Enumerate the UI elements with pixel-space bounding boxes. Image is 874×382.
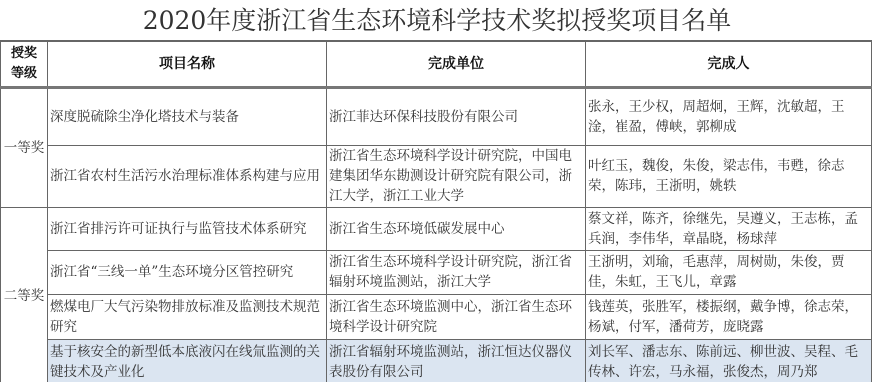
completing-unit: 浙江省生态环境低碳发展中心: [327, 207, 586, 250]
header-award-level: 授奖 等级: [1, 41, 48, 87]
page-title: 2020年度浙江省生态环境科学技术奖拟授奖项目名单: [0, 6, 874, 36]
header-completers: 完成人: [586, 41, 872, 87]
completers: 张永，王少权，周超炯，王辉，沈敏超，王淦，崔盈，傅峡，郭柳成: [586, 87, 872, 145]
table-row: 浙江省农村生活污水治理标准体系构建与应用 浙江省生态环境科学设计研究院，中国电建…: [1, 145, 872, 207]
project-name: 浙江省农村生活污水治理标准体系构建与应用: [48, 145, 327, 207]
completers: 刘长军、潘志东、陈前远、柳世波、吴程、毛传林、许宏，马永福，张俊杰，周乃郑: [586, 339, 872, 382]
table-row: 浙江省“三线一单”生态环境分区管控研究 浙江省生态环境科学设计研究院，浙江省辐射…: [1, 250, 872, 294]
award-level-second: 二等奖: [1, 207, 48, 382]
table-row-highlighted: 基于核安全的新型低本底液闪在线氚监测的关键技术及产业化 浙江省辐射环境监测站，浙…: [1, 339, 872, 382]
completers: 王浙明，刘瑜，毛惠萍，周树勋，朱俊，贾佳，朱虹，王飞儿，章露: [586, 250, 872, 294]
completers: 蔡文祥，陈齐，徐继先，吴遵义，王志栋，孟兵润，李伟华，章晶晓，杨球萍: [586, 207, 872, 250]
award-level-first: 一等奖: [1, 87, 48, 207]
completing-unit: 浙江省生态环境科学设计研究院，中国电建集团华东勘测设计研究院有限公司，浙江大学，…: [327, 145, 586, 207]
completing-unit: 浙江省生态环境科学设计研究院，浙江省辐射环境监测站，浙江大学: [327, 250, 586, 294]
completing-unit: 浙江省辐射环境监测站，浙江恒达仪器仪表股份有限公司: [327, 339, 586, 382]
project-name: 深度脱硫除尘净化塔技术与装备: [48, 87, 327, 145]
completers: 叶红玉，魏俊，朱俊，梁志伟，韦甦，徐志荣，陈玮，王浙明，姚轶: [586, 145, 872, 207]
project-name: 燃煤电厂大气污染物排放标准及监测技术规范研究: [48, 294, 327, 339]
project-name: 浙江省“三线一单”生态环境分区管控研究: [48, 250, 327, 294]
table-row: 二等奖 浙江省排污许可证执行与监管技术体系研究 浙江省生态环境低碳发展中心 蔡文…: [1, 207, 872, 250]
table-row: 一等奖 深度脱硫除尘净化塔技术与装备 浙江菲达环保科技股份有限公司 张永，王少权…: [1, 87, 872, 145]
project-name: 基于核安全的新型低本底液闪在线氚监测的关键技术及产业化: [48, 339, 327, 382]
award-table: 授奖 等级 项目名称 完成单位 完成人 一等奖 深度脱硫除尘净化塔技术与装备 浙…: [0, 40, 872, 382]
table-row: 燃煤电厂大气污染物排放标准及监测技术规范研究 浙江省生态环境监测中心，浙江省生态…: [1, 294, 872, 339]
project-name: 浙江省排污许可证执行与监管技术体系研究: [48, 207, 327, 250]
completing-unit: 浙江菲达环保科技股份有限公司: [327, 87, 586, 145]
header-completing-unit: 完成单位: [327, 41, 586, 87]
completing-unit: 浙江省生态环境监测中心，浙江省生态环境科学设计研究院: [327, 294, 586, 339]
header-project-name: 项目名称: [48, 41, 327, 87]
header-row: 授奖 等级 项目名称 完成单位 完成人: [1, 41, 872, 87]
completers: 钱莲英，张胜军，楼振纲，戴争博，徐志荣，杨斌，付军，潘荷芳，庞晓露: [586, 294, 872, 339]
header-level-line1: 授奖: [3, 44, 45, 64]
header-level-line2: 等级: [3, 64, 45, 84]
